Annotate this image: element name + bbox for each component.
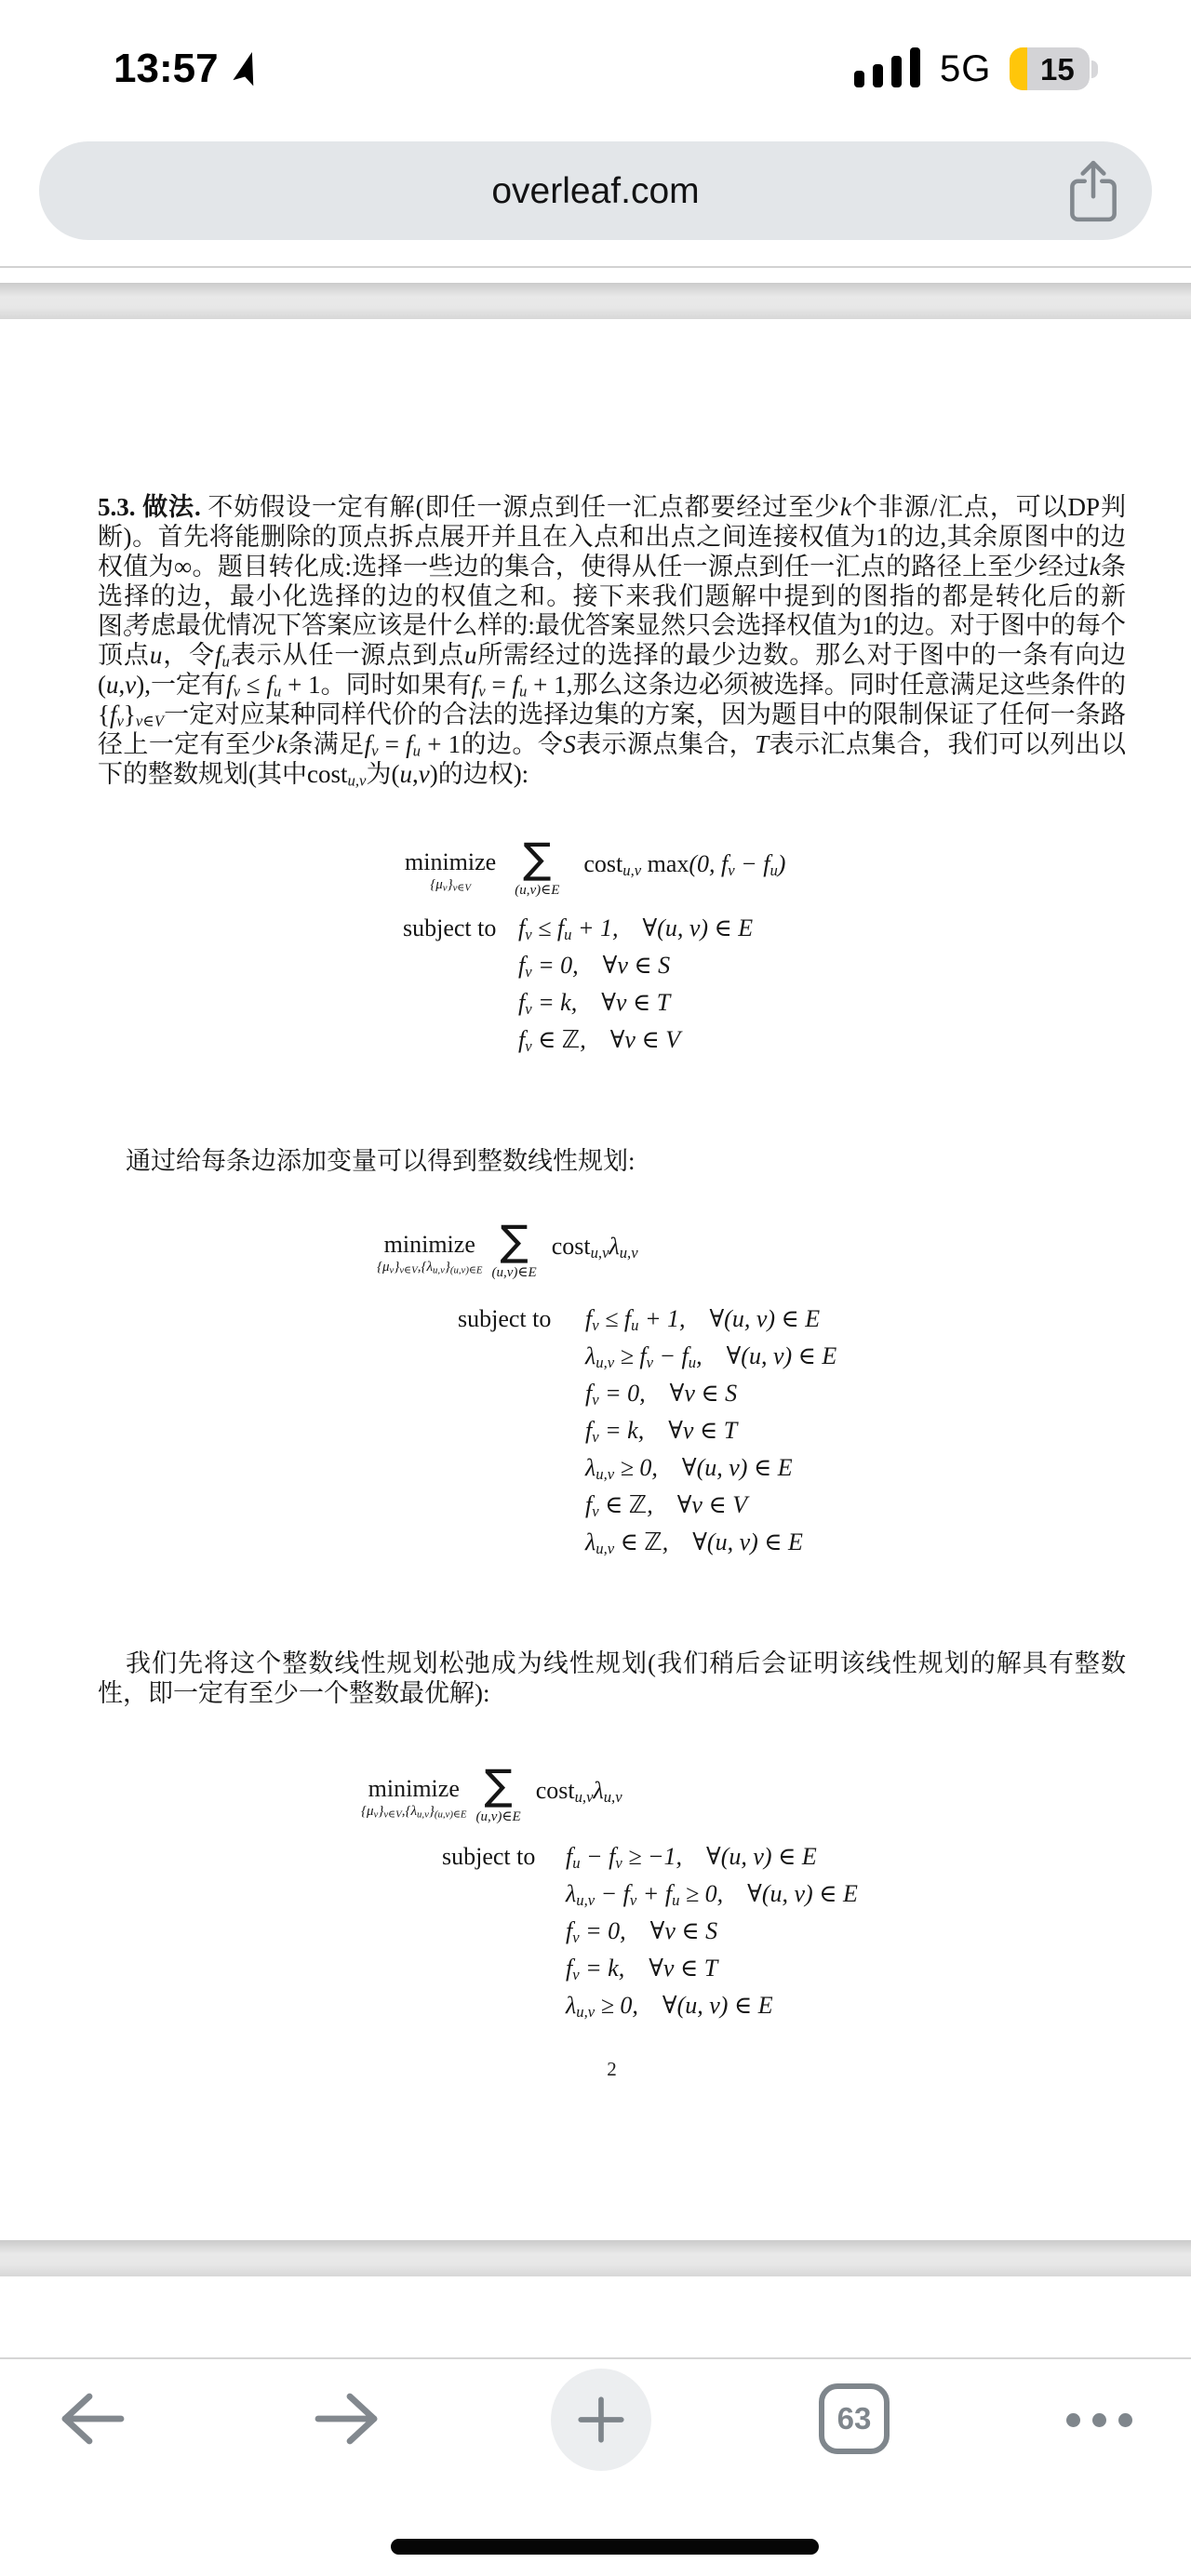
paragraph: 考虑最优情况下答案应该是什么样的:最优答案显然只会选择权值为1的边。对于图中的每… — [98, 610, 1126, 789]
menu-button[interactable] — [1066, 2413, 1132, 2427]
constraint-row: fv = k, ∀v ∈ T — [518, 984, 1126, 1021]
paragraph: 我们先将这个整数线性规划松弛成为线性规划(我们稍后会证明该线性规划的解具有整数性… — [98, 1648, 1126, 1708]
constraint-row: fv ∈ ℤ, ∀v ∈ V — [585, 1487, 1126, 1524]
constraint-row: fv = 0, ∀v ∈ S — [585, 1375, 1126, 1412]
top-hairline — [0, 266, 1191, 268]
equation-block: minimize{μv}v∈V∑(u,v)∈Ecostu,v max(0, fv… — [98, 837, 1126, 1059]
clock: 13:57 — [114, 47, 219, 91]
battery-percent: 15 — [1024, 47, 1090, 90]
page-number: 2 — [98, 2058, 1126, 2081]
home-indicator[interactable] — [391, 2539, 819, 2555]
constraint-row: λu,v ≥ fv − fu, ∀(u, v) ∈ E — [585, 1338, 1126, 1375]
objective-operator: minimize{μv}v∈V,{λu,v}(u,v)∈E — [361, 1764, 467, 1820]
paragraph: 通过给每条边添加变量可以得到整数线性规划: — [98, 1146, 1126, 1176]
network-type-label: 5G — [940, 48, 991, 90]
tab-count: 63 — [837, 2401, 872, 2436]
objective-expression: costu,v max(0, fv − fu) — [583, 837, 785, 877]
back-button[interactable] — [58, 2391, 127, 2451]
constraint-row: subject tofv ≤ fu + 1, ∀(u, v) ∈ E — [585, 1301, 1126, 1338]
location-services-icon — [230, 49, 265, 91]
forward-button[interactable] — [313, 2391, 381, 2451]
constraint-row: λu,v ≥ 0, ∀(u, v) ∈ E — [566, 1987, 1126, 2024]
constraint-row: fv ∈ ℤ, ∀v ∈ V — [518, 1021, 1126, 1059]
battery-indicator: 15 — [1010, 47, 1098, 90]
equation-block: minimize{μv}v∈V,{λu,v}(u,v)∈E∑(u,v)∈Ecos… — [98, 1764, 1126, 2024]
share-icon[interactable] — [1068, 158, 1118, 228]
status-bar: 13:57 5G 15 — [0, 47, 1191, 91]
cellular-signal-icon — [854, 47, 921, 92]
browser-screen: 13:57 5G 15 — [0, 0, 1191, 2576]
ellipsis-dot — [1118, 2413, 1132, 2427]
toolbar-separator — [0, 2357, 1191, 2359]
ellipsis-dot — [1066, 2413, 1080, 2427]
constraint-row: fv = k, ∀v ∈ T — [585, 1412, 1126, 1449]
constraint-row: fv = 0, ∀v ∈ S — [518, 947, 1126, 984]
objective-operator: minimize{μv}v∈V,{λu,v}(u,v)∈E — [377, 1220, 483, 1275]
constraint-row: subject tofv ≤ fu + 1, ∀(u, v) ∈ E — [518, 910, 1126, 947]
constraint-row: subject tofu − fv ≥ −1, ∀(u, v) ∈ E — [566, 1838, 1126, 1875]
objective-operator: minimize{μv}v∈V — [405, 837, 496, 893]
summation-symbol: ∑(u,v)∈E — [476, 1764, 521, 1825]
objective-expression: costu,vλu,v — [552, 1220, 638, 1260]
content-top-band — [0, 283, 1191, 319]
constraint-row: λu,v − fv + fu ≥ 0, ∀(u, v) ∈ E — [566, 1875, 1126, 1913]
battery-cap — [1091, 60, 1098, 78]
summation-symbol: ∑(u,v)∈E — [492, 1220, 537, 1281]
content-bottom-band — [0, 2240, 1191, 2276]
plus-icon — [574, 2393, 628, 2447]
new-tab-button[interactable] — [551, 2369, 651, 2471]
constraint-row: λu,v ∈ ℤ, ∀(u, v) ∈ E — [585, 1524, 1126, 1561]
objective-expression: costu,vλu,v — [536, 1764, 622, 1804]
address-bar[interactable]: overleaf.com — [39, 141, 1152, 240]
ellipsis-dot — [1092, 2413, 1106, 2427]
tab-switcher-button[interactable]: 63 — [819, 2383, 890, 2454]
constraint-row: fv = 0, ∀v ∈ S — [566, 1913, 1126, 1950]
constraint-row: fv = k, ∀v ∈ T — [566, 1950, 1126, 1987]
equation-block: minimize{μv}v∈V,{λu,v}(u,v)∈E∑(u,v)∈Ecos… — [98, 1220, 1126, 1561]
summation-symbol: ∑(u,v)∈E — [515, 837, 559, 899]
url-text[interactable]: overleaf.com — [39, 141, 1152, 242]
constraint-row: λu,v ≥ 0, ∀(u, v) ∈ E — [585, 1449, 1126, 1487]
